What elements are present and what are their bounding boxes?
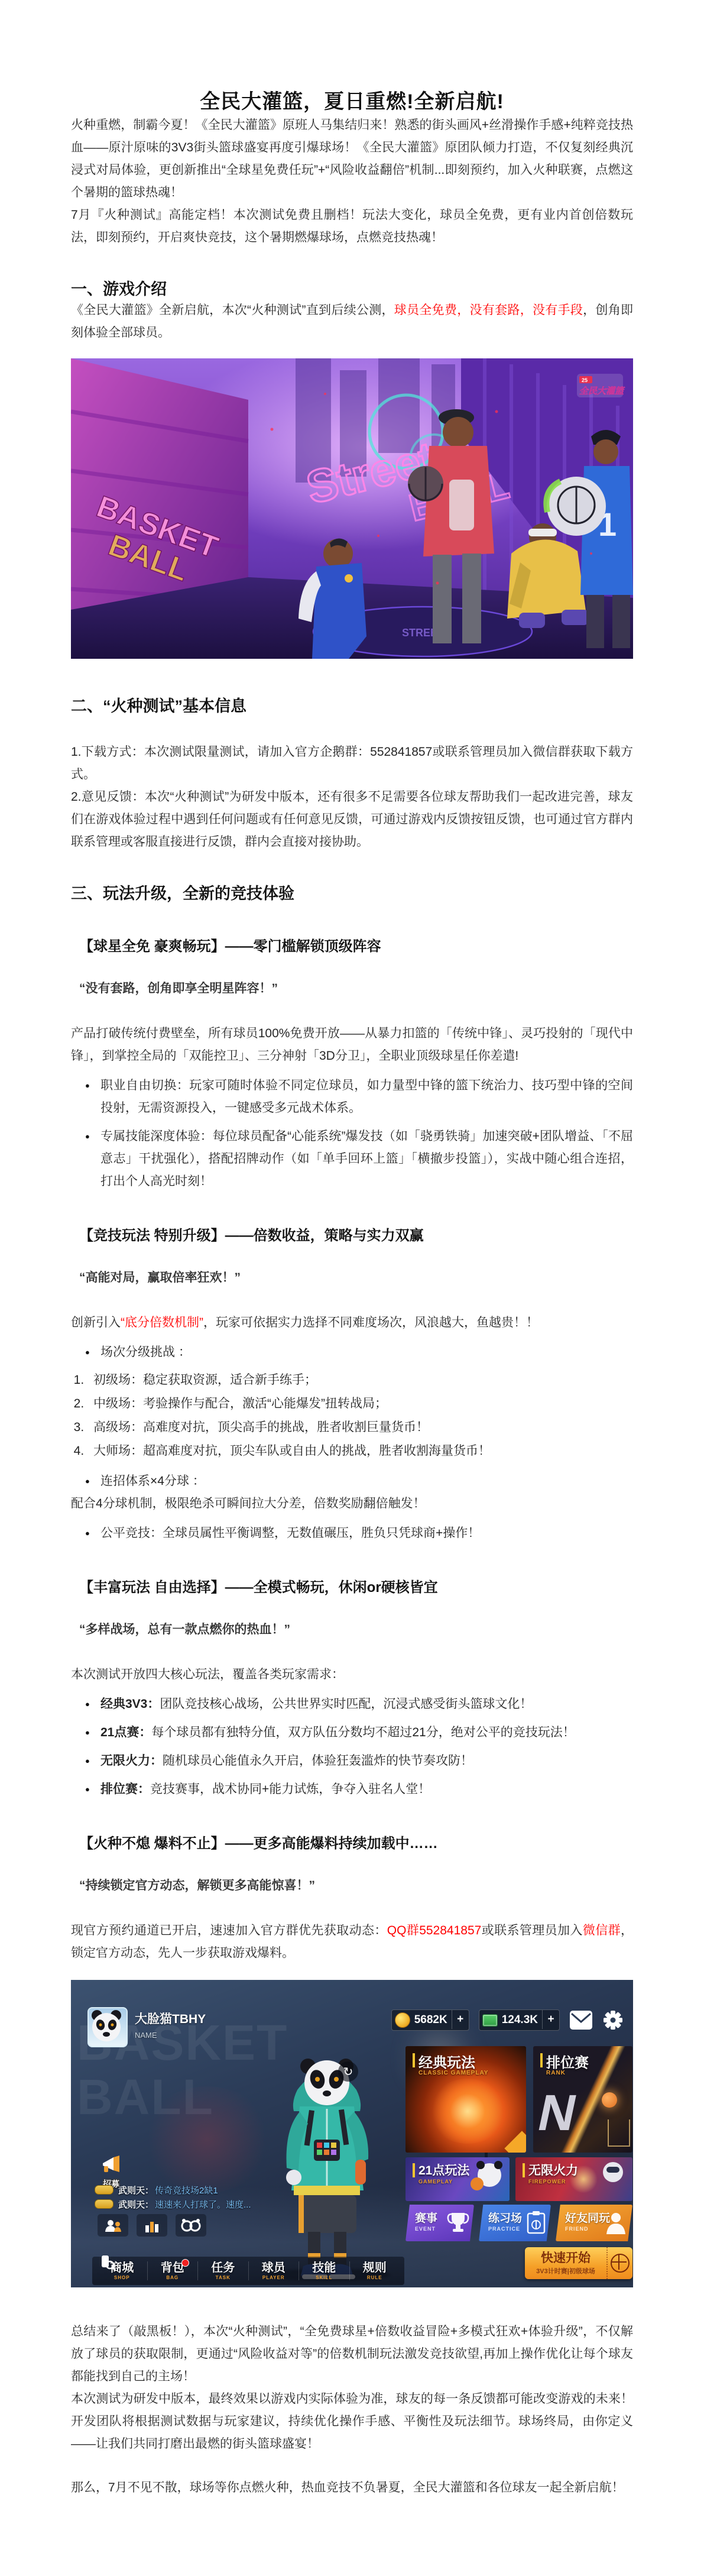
svg-text:全民大灌篮: 全民大灌篮 [579,386,625,396]
settings-gear-icon [602,2009,624,2031]
stats-icon [137,2214,167,2237]
hero-artwork-image[interactable]: BASKET BALL STREET Street BALL [71,358,633,659]
block-b-bullet-2: 连招体系×4分球 ： [71,1470,633,1493]
mode-text: 每个球员都有独特分值，双方队伍分数均不超过21分，绝对公平的竞技玩法！ [151,1726,575,1739]
rank-card-title: 排位赛 [540,2051,589,2072]
chat-text: 速速来人打球了。速度... [155,2198,251,2211]
firepower-mode-card: 无限火力 FIREPOWER [515,2157,632,2201]
chat-message: 武则天： 速速来人打球了。速度... [95,2198,251,2211]
classic-card-subtitle: CLASSIC GAMEPLAY [418,2070,488,2076]
mode-lead: 21点赛： [100,1726,151,1739]
list-item: 大师场：超高难度对抗，顶尖车队或自由人的挑战，胜者收割海量货币！ [87,1439,633,1463]
closing-paragraph: 那么，7月不见不散，球场等你点燃火种，热血竞技不负暑夏，全民大灌篮和各位球友一起… [71,2477,633,2499]
nav-label: 背包 [148,2261,198,2274]
trophy-icon [447,2211,469,2234]
nav-sublabel: SHOP [97,2275,147,2280]
section-2-heading: 二、“火种测试”基本信息 [71,693,633,716]
chat-text: 传奇竞技场2缺1 [155,2184,218,2196]
block-c-quote: “多样战场，总有一款点燃你的热血！” [79,1620,633,1637]
block-b-text: 创新引入 [71,1316,121,1329]
quick-start-label: 快速开始 [525,2251,606,2265]
coin-value: 5682K [414,2014,447,2027]
nav-sublabel: PLAYER [249,2275,299,2280]
list-item: 公平竞技：全球员属性平衡调整，无数值碾压，胜负只凭球商+操作！ [85,1522,633,1545]
chat-sender: 武则天： [118,2198,154,2211]
nav-sublabel: RULE [350,2275,400,2280]
svg-text:25: 25 [582,377,588,383]
megaphone-icon [99,2155,123,2175]
hero-artwork: BASKET BALL STREET Street BALL [71,358,633,659]
blackjack-card-title: 21点玩法 [413,2161,469,2179]
notification-dot [181,2259,189,2267]
mail-icon [569,2010,593,2030]
arena-level-list: 初级场：稳定获取资源，适合新手练手； 中级场：考验操作与配合，激活“心能爆发”扭… [71,1368,633,1463]
quick-start-sublabel: 3V3计时赛|初级球场 [525,2266,606,2276]
nav-item-player: 球员 PLAYER [248,2261,299,2280]
section-1-paragraph: 《全民大灌篮》全新启航，本次“火种测试”直到后续公测，球员全免费，没有套路，没有… [71,299,633,344]
four-point-paragraph: 配合4分球机制，极限绝杀可瞬间拉大分差，倍数奖励翻倍触发！ [71,1493,633,1515]
nav-item-shop: 商城 SHOP [97,2261,147,2280]
shop-magnifier-icon [98,2253,116,2271]
bottom-nav-bar: 商城 SHOP 背包 BAG 任务 TASK 球员 PLAYER 技能 SKIL… [92,2257,404,2285]
block-d-quote: “持续锁定官方动态，解锁更多高能惊喜！” [79,1876,633,1894]
qq-group-number: QQ群552841857 [387,1924,482,1937]
panda-goggles-icon [176,2214,206,2237]
chat-channel-badge [95,2199,113,2209]
add-cash-button: + [542,2010,559,2029]
clipboard-icon [526,2211,546,2234]
list-item: 中级场：考验操作与配合，激活“心能爆发”扭转战局； [87,1392,633,1416]
block-d-heading: 【火种不熄 爆料不止】——更多高能爆料持续加载中…… [79,1831,633,1852]
block-b-bullet-3: 公平竞技：全球员属性平衡调整，无数值碾压，胜负只凭球商+操作！ [71,1522,633,1545]
nav-sublabel: TASK [198,2275,248,2280]
event-card-title: 赛事 [415,2209,437,2225]
nav-label: 技能 [299,2261,349,2274]
download-info-paragraph: 1.下载方式：本次测试限量测试，请加入官方企鹅群：552841857或联系管理员… [71,741,633,786]
nav-sublabel: SKILL [299,2275,349,2280]
disclaimer-paragraph: 本次测试为研发中版本，最终效果以游戏内实际体验为准，球友的每一条反馈都可能改变游… [71,2388,633,2455]
mode-lead: 经典3V3： [100,1697,160,1711]
event-card: 赛事 EVENT [405,2205,474,2241]
cash-currency: 124.3K + [479,2009,560,2031]
intro-paragraph: 火种重燃，制霸今夏！《全民大灌篮》原班人马集结归来！熟悉的街头画风+丝滑操作手感… [71,114,633,204]
practice-card: 练习场 PRACTICE [479,2205,551,2241]
basketball-icon [611,2254,630,2273]
block-a-quote: “没有套路，创角即享全明星阵容！” [79,979,633,996]
player-character [263,2044,390,2280]
summary-paragraph: 总结来了（敲黑板！），本次“火种测试”，“全免费球星+倍数收益冒险+多模式狂欢+… [71,2321,633,2388]
cash-icon [482,2014,498,2027]
wechat-group-text: 微信群 [583,1924,621,1937]
coin-icon [395,2012,410,2028]
feedback-info-paragraph: 2.意见反馈：本次“火种测试”为研发中版本，还有很多不足需要各位球友帮助我们一起… [71,786,633,853]
nav-item-rule: 规则 RULE [349,2261,400,2280]
top-bar: 5682K + 124.3K + [391,2009,624,2031]
nav-sublabel: BAG [148,2275,198,2280]
nav-item-bag: 背包 BAG [147,2261,198,2280]
cash-value: 124.3K [502,2014,538,2027]
nav-item-task: 任务 TASK [197,2261,248,2280]
list-item: 初级场：稳定获取资源，适合新手练手； [87,1368,633,1392]
rank-basketball [602,2092,617,2108]
rank-hoop-shape [608,2119,630,2147]
firepower-card-title: 无限火力 [523,2161,578,2179]
list-item: 专属技能深度体验：每位球员配备“心能系统”爆发技（如「骁勇铁骑」加速突破+团队增… [85,1125,633,1193]
list-item: 职业自由切换：玩家可随时体验不同定位球员，如力量型中锋的篮下统治力、技巧型中锋的… [85,1075,633,1119]
mode-text: 随机球员心能值永久开启，体验狂轰滥炸的快节奏攻防！ [163,1754,473,1768]
chat-sender: 武则天： [118,2184,154,2196]
block-b-red-text: “底分倍数机制” [121,1316,203,1329]
block-c-paragraph: 本次测试开放四大核心玩法，覆盖各类玩家需求： [71,1664,633,1686]
player-name-block: 大脸猫TBHY NAME [135,2009,206,2040]
firepower-card-subtitle: FIREPOWER [528,2179,566,2185]
block-d-text-2: 或联系管理员加入 [481,1924,583,1937]
section-1-red-text: 球员全免费，没有套路，没有手段 [394,303,583,317]
side-icon-row [98,2214,206,2237]
block-b-bullet-1: 场次分级挑战 ： [71,1341,633,1364]
practice-card-title: 练习场 [488,2209,522,2225]
list-item: 排位赛：竞技赛事，战术协同+能力试炼，争夺入驻名人堂！ [85,1778,633,1801]
block-a-heading: 【球星全免 豪爽畅玩】——零门槛解锁顶级阵容 [79,934,633,955]
panda-character-art [263,2044,390,2280]
event-card-subtitle: EVENT [415,2226,436,2232]
firepower-character-art [603,2162,623,2182]
page-title: 全民大灌篮，夏日重燃!全新启航! [71,0,633,114]
block-b-text-end: ，玩家可依据实力选择不同难度场次，风浪越大，鱼越贵！！ [203,1316,538,1329]
play-with-friends-card: 好友同玩 FRIEND [556,2205,632,2241]
block-b-quote: “高能对局，赢取倍率狂欢！” [79,1268,633,1286]
list-item: 高级场：高难度对抗，顶尖高手的挑战，胜者收割巨量货币！ [87,1416,633,1439]
add-coins-button: + [452,2010,469,2029]
practice-card-subtitle: PRACTICE [488,2226,520,2232]
mode-text: 团队竞技核心战场，公共世界实时匹配，沉浸式感受街头篮球文化！ [160,1697,532,1711]
classic-card-title: 经典玩法 [413,2051,475,2072]
chat-message: 武则天： 传奇竞技场2缺1 [95,2183,218,2196]
rank-card-subtitle: RANK [546,2070,566,2076]
list-item: 21点赛：每个球员都有独特分值，双方队伍分数均不超过21分，绝对公平的竞技玩法！ [85,1721,633,1744]
social-icon [98,2214,128,2237]
article: 全民大灌篮，夏日重燃!全新启航! 火种重燃，制霸今夏！《全民大灌篮》原班人马集结… [71,0,633,2576]
nav-label: 任务 [198,2261,248,2274]
friends-icon [604,2211,628,2235]
friend-card-subtitle: FRIEND [565,2226,589,2232]
bottom-whitespace [71,2499,633,2576]
blackjack-card-subtitle: GAMEPLAY [418,2179,453,2185]
intro-highlight-paragraph: 7月『火种测试』高能定档！本次测试免费且删档！玩法大变化，球员全免费，更有业内首… [71,204,633,249]
nav-label: 球员 [249,2261,299,2274]
coin-currency: 5682K + [391,2009,469,2031]
chat-channel-badge [95,2185,113,2195]
character-switch-icon: ↻ [338,2062,358,2082]
ranked-mode-card: N 排位赛 RANK [533,2046,632,2153]
classic-mode-card: 经典玩法 CLASSIC GAMEPLAY [405,2046,526,2153]
list-item: 连招体系×4分球 ： [85,1470,633,1493]
block-a-paragraph: 产品打破传统付费壁垒，所有球员100%免费开放——从暴力扣篮的「传统中锋」、灵巧… [71,1022,633,1067]
nav-item-skill: 技能 SKILL [299,2261,349,2280]
block-c-heading: 【丰富玩法 自由选择】——全模式畅玩，休闲or硬核皆宜 [79,1575,633,1596]
block-a-bullets: 职业自由切换：玩家可随时体验不同定位球员，如力量型中锋的篮下统治力、技巧型中锋的… [71,1075,633,1193]
section-1-text: 《全民大灌篮》全新启航，本次“火种测试”直到后续公测， [71,303,394,317]
panda-avatar-icon [89,2008,124,2044]
mode-lead: 排位赛： [100,1782,150,1796]
quick-start-button: 快速开始 3V3计时赛|初级球场 [525,2247,632,2279]
block-d-text: 现官方预约通道已开启，速速加入官方群优先获取动态： [71,1924,387,1937]
quick-start-ball [606,2247,632,2279]
blackjack-basketball [471,2177,484,2190]
section-1-heading: 一、游戏介绍 [71,276,633,299]
friend-card-title: 好友同玩 [565,2209,610,2225]
block-b-heading: 【竞技玩法 特别升级】——倍数收益，策略与实力双赢 [79,1224,633,1244]
block-b-paragraph: 创新引入“底分倍数机制”，玩家可依据实力选择不同难度场次，风浪越大，鱼越贵！！ [71,1312,633,1334]
player-tag: NAME [135,2031,206,2040]
list-item: 无限火力：随机球员心能值永久开启，体验狂轰滥炸的快节奏攻防！ [85,1750,633,1772]
player-name: 大脸猫TBHY [135,2009,206,2027]
mode-text: 竞技赛事，战术协同+能力试炼，争夺入驻名人堂！ [150,1782,430,1796]
mode-lead: 无限火力： [100,1754,163,1768]
blackjack-mode-card: 21点玩法 GAMEPLAY [405,2157,510,2201]
hero-game-logo: 25 全民大灌篮 [577,374,625,397]
list-item: 场次分级挑战 ： [85,1341,633,1364]
classic-card-art [429,2079,506,2144]
mode-list: 经典3V3：团队竞技核心战场，公共世界实时匹配，沉浸式感受街头篮球文化！ 21点… [71,1693,633,1801]
section-3-heading: 三、玩法升级，全新的竞技体验 [71,881,633,904]
player-avatar [87,2007,128,2047]
nav-label: 规则 [350,2261,400,2274]
block-d-paragraph: 现官方预约通道已开启，速速加入官方群优先获取动态：QQ群552841857或联系… [71,1920,633,1965]
list-item: 经典3V3：团队竞技核心战场，公共世界实时匹配，沉浸式感受街头篮球文化！ [85,1693,633,1716]
game-ui-screenshot[interactable]: BASKETBALL 大脸猫TBHY NAME 5682K + [71,1980,633,2287]
